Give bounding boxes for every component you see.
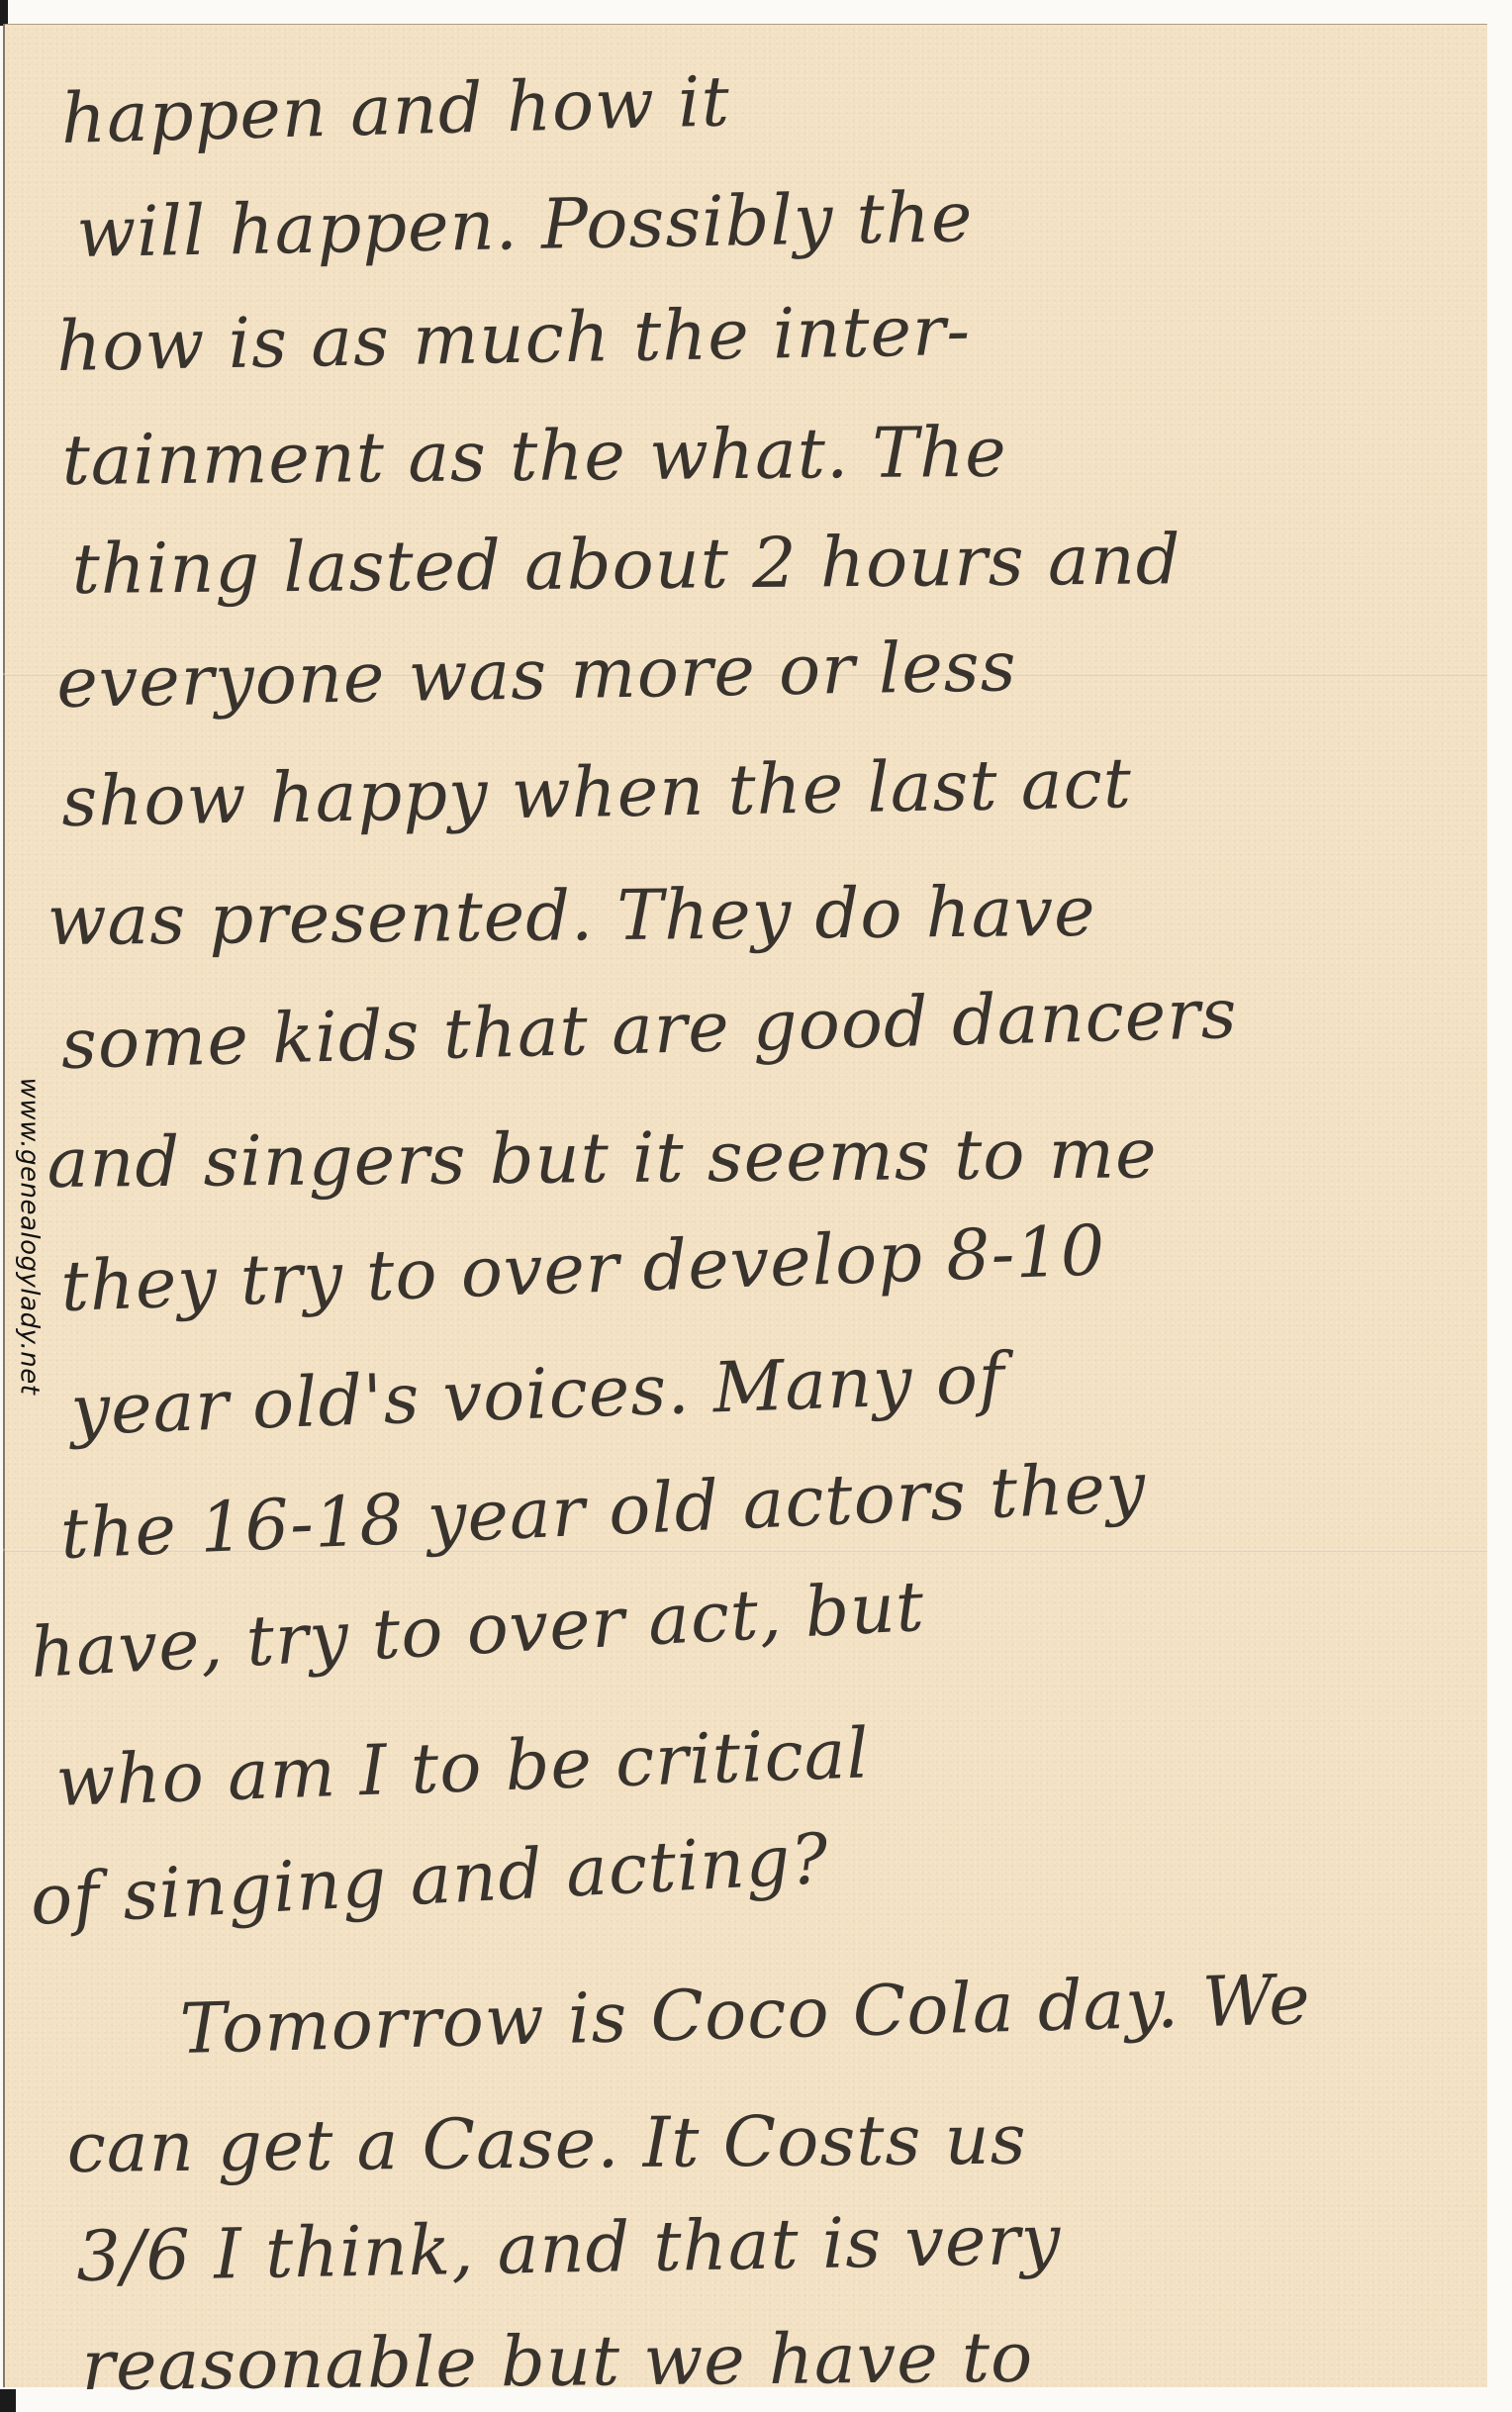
scan-border-bottom-left [0,2389,16,2412]
letter-line: some kids that are good dancers [60,973,1239,1085]
watermark-text: www.genealogylady.net [14,1078,44,1396]
letter-line: show happy when the last act [61,742,1133,842]
letter-line: can get a Case. It Costs us [66,2099,1027,2188]
letter-line: 3/6 I think, and that is very [76,2199,1062,2297]
letter-line: have, try to over act, but [29,1566,927,1693]
letter-line: happen and how it [60,60,731,159]
letter-line: thing lasted about 2 hours and [71,519,1181,610]
letter-line: reasonable but we have to [81,2317,1033,2406]
letter-line: and singers but it seems to me [47,1112,1158,1204]
letter-line: Tomorrow is Coco Cola day. We [179,1959,1312,2070]
letter-line: the 16-18 year old actors they [58,1446,1148,1575]
letter-line: of singing and acting? [29,1818,831,1941]
letter-line: was presented. They do have [47,871,1095,961]
letter-line: will happen. Possibly the [76,176,974,273]
letter-line: everyone was more or less [56,626,1018,724]
letter-line: they try to over develop 8-10 [59,1209,1106,1327]
letter-body: happen and how it will happen. Possibly … [3,24,1487,2387]
scan-border-top-left [0,0,8,26]
letter-line: how is as much the inter- [56,290,972,387]
letter-paper: happen and how it will happen. Possibly … [3,24,1487,2387]
letter-line: year old's voices. Many of [69,1337,1006,1451]
watermark: www.genealogylady.net [9,1038,48,1434]
letter-line: who am I to be critical [54,1712,871,1822]
letter-line: tainment as the what. The [61,412,1007,501]
